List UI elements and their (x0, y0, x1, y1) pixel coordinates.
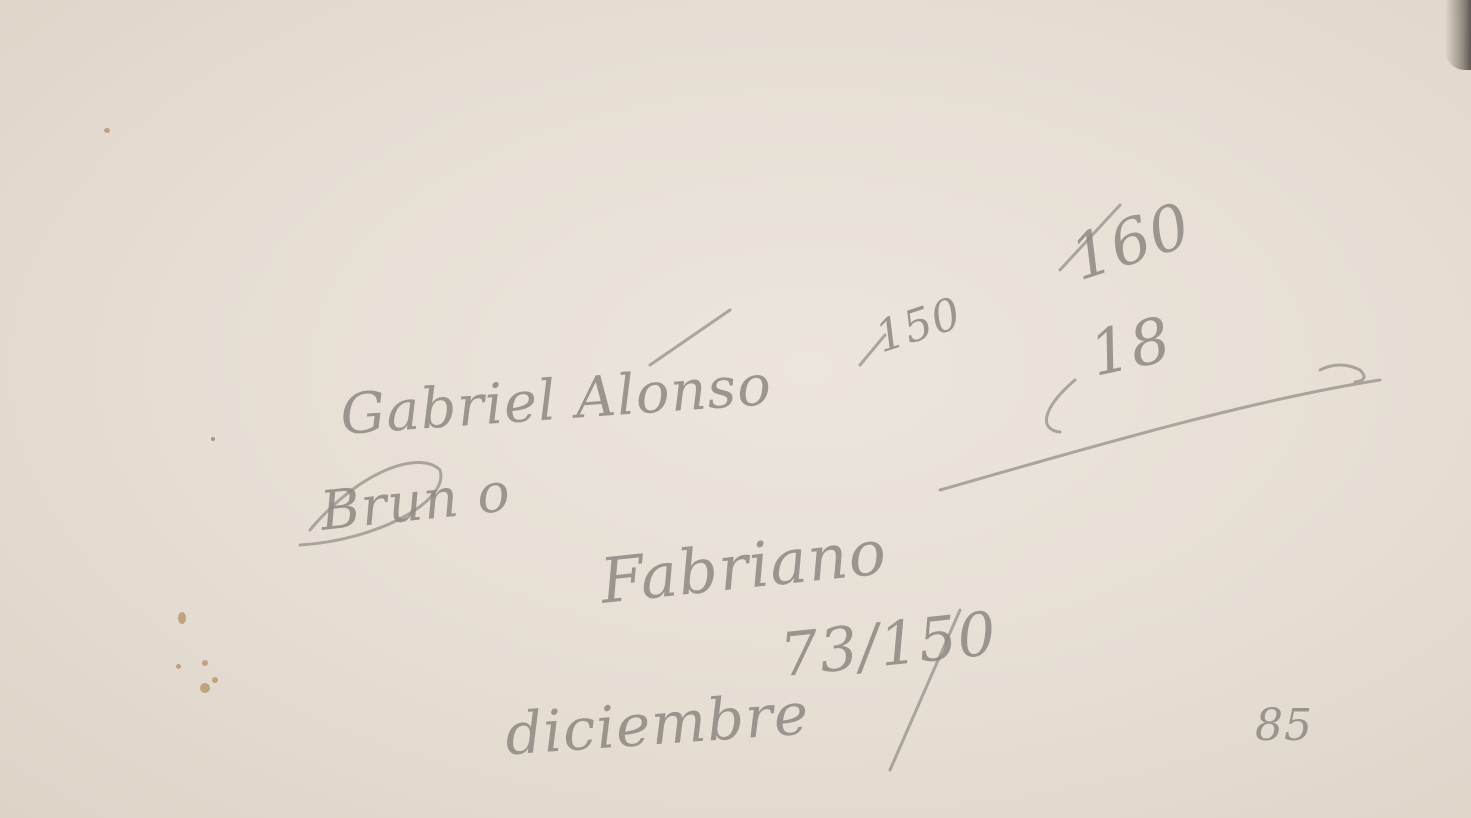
foxing-spot (200, 683, 210, 693)
foxing-spot (104, 128, 110, 133)
foxing-spot (212, 677, 218, 683)
foxing-spot (178, 612, 186, 624)
foxing-spot (176, 664, 181, 669)
inscription-year: 85 (1255, 700, 1313, 751)
paper-background: 1 150 160 18 Gabriel Alonso Brun o Fabri… (0, 0, 1471, 818)
foxing-spot (211, 437, 215, 441)
foxing-spot (202, 660, 208, 666)
